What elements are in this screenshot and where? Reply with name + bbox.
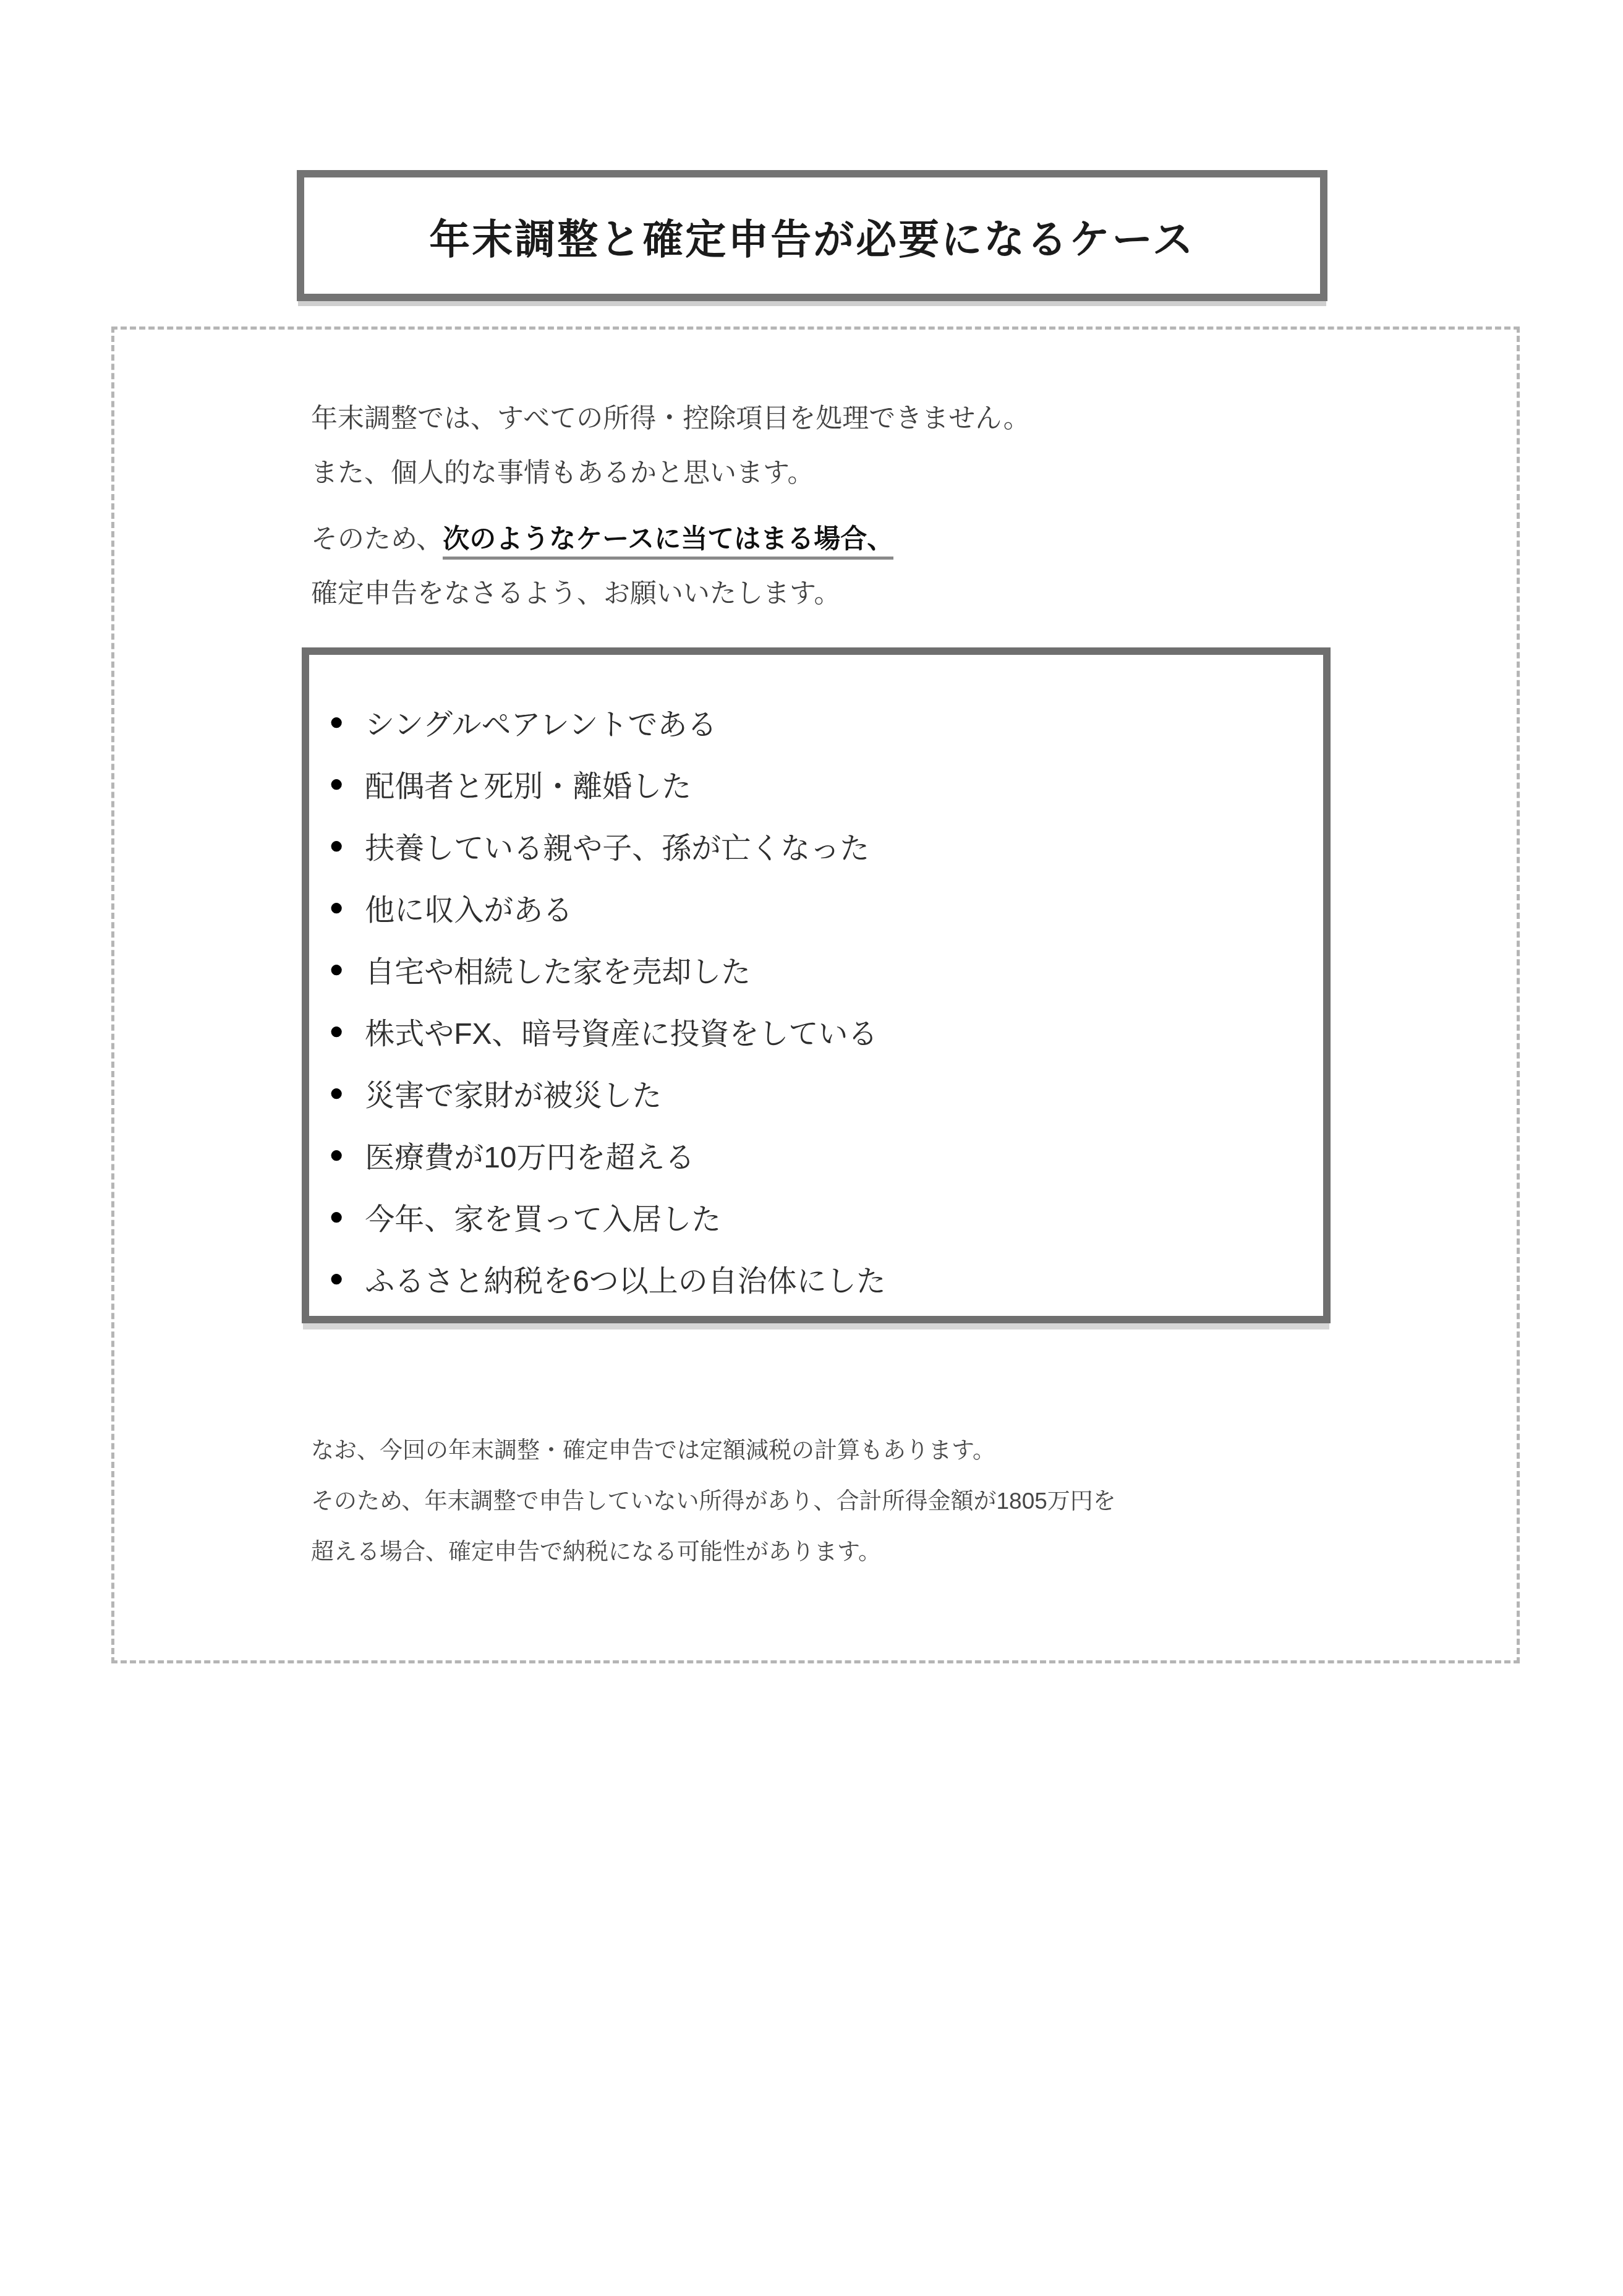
case-text: 今年、家を買って入居した [365, 1195, 721, 1238]
request-line-2: 確定申告をなさるよう、お願いいたします。 [311, 566, 893, 621]
note-line-3: 超える場合、確定申告で納税になる可能性があります。 [311, 1527, 1116, 1577]
case-text: 医療費が10万円を超える [365, 1133, 694, 1176]
content-frame: 年末調整では、すべての所得・控除項目を処理できません。 また、個人的な事情もある… [111, 326, 1520, 1663]
request-line-1: そのため、次のようなケースに当てはまる場合、 [311, 512, 893, 566]
request-paragraph: そのため、次のようなケースに当てはまる場合、 確定申告をなさるよう、お願いいたし… [311, 512, 893, 621]
case-text: 他に収入がある [365, 886, 573, 929]
list-item: ● 災害で家財が被災した [329, 1062, 1305, 1124]
bullet-icon: ● [329, 709, 344, 734]
list-item: ● 医療費が10万円を超える [329, 1124, 1305, 1185]
list-item: ● 他に収入がある [329, 876, 1305, 938]
case-text: 災害で家財が被災した [365, 1072, 662, 1114]
list-item: ● 配偶者と死別・離婚した [329, 753, 1305, 814]
cases-list: ● シングルペアレントである ● 配偶者と死別・離婚した ● 扶養している親や子… [309, 655, 1323, 1309]
bullet-icon: ● [329, 771, 344, 796]
list-item: ● 自宅や相続した家を売却した [329, 938, 1305, 1000]
list-item: ● 扶養している親や子、孫が亡くなった [329, 814, 1305, 876]
bullet-icon: ● [329, 1204, 344, 1229]
bullet-icon: ● [329, 895, 344, 920]
bullet-icon: ● [329, 1080, 344, 1105]
bullet-icon: ● [329, 1266, 344, 1291]
cases-box: ● シングルペアレントである ● 配偶者と死別・離婚した ● 扶養している親や子… [302, 647, 1331, 1323]
case-text: 株式やFX、暗号資産に投資をしている [365, 1010, 877, 1052]
bullet-icon: ● [329, 957, 344, 981]
bullet-icon: ● [329, 833, 344, 858]
list-item: ● シングルペアレントである [329, 691, 1305, 753]
case-text: 自宅や相続した家を売却した [365, 948, 751, 991]
case-text: 配偶者と死別・離婚した [365, 762, 691, 805]
note-line-2: そのため、年末調整で申告していない所得があり、合計所得金額が1805万円を [311, 1476, 1116, 1527]
request-line-1-prefix: そのため、 [311, 524, 443, 554]
page-title: 年末調整と確定申告が必要になるケース [429, 207, 1195, 265]
bullet-icon: ● [329, 1018, 344, 1043]
document-page: { "page": { "title": "年末調整と確定申告が必要になるケース… [0, 0, 1623, 2296]
list-item: ● 今年、家を買って入居した [329, 1185, 1305, 1247]
intro-line-2: また、個人的な事情もあるかと思います。 [311, 446, 1030, 500]
note-line-1: なお、今回の年末調整・確定申告では定額減税の計算もあります。 [311, 1425, 1116, 1476]
case-text: 扶養している親や子、孫が亡くなった [365, 824, 869, 867]
list-item: ● 株式やFX、暗号資産に投資をしている [329, 1000, 1305, 1062]
case-text: ふるさと納税を6つ以上の自治体にした [365, 1257, 886, 1300]
intro-paragraph: 年末調整では、すべての所得・控除項目を処理できません。 また、個人的な事情もある… [311, 391, 1030, 500]
intro-line-1: 年末調整では、すべての所得・控除項目を処理できません。 [311, 391, 1030, 446]
request-line-1-emphasis: 次のようなケースに当てはまる場合、 [443, 524, 893, 560]
note-paragraph: なお、今回の年末調整・確定申告では定額減税の計算もあります。 そのため、年末調整… [311, 1425, 1116, 1577]
bullet-icon: ● [329, 1142, 344, 1167]
list-item: ● ふるさと納税を6つ以上の自治体にした [329, 1247, 1305, 1309]
title-box: 年末調整と確定申告が必要になるケース [297, 170, 1327, 301]
case-text: シングルペアレントである [365, 701, 717, 743]
